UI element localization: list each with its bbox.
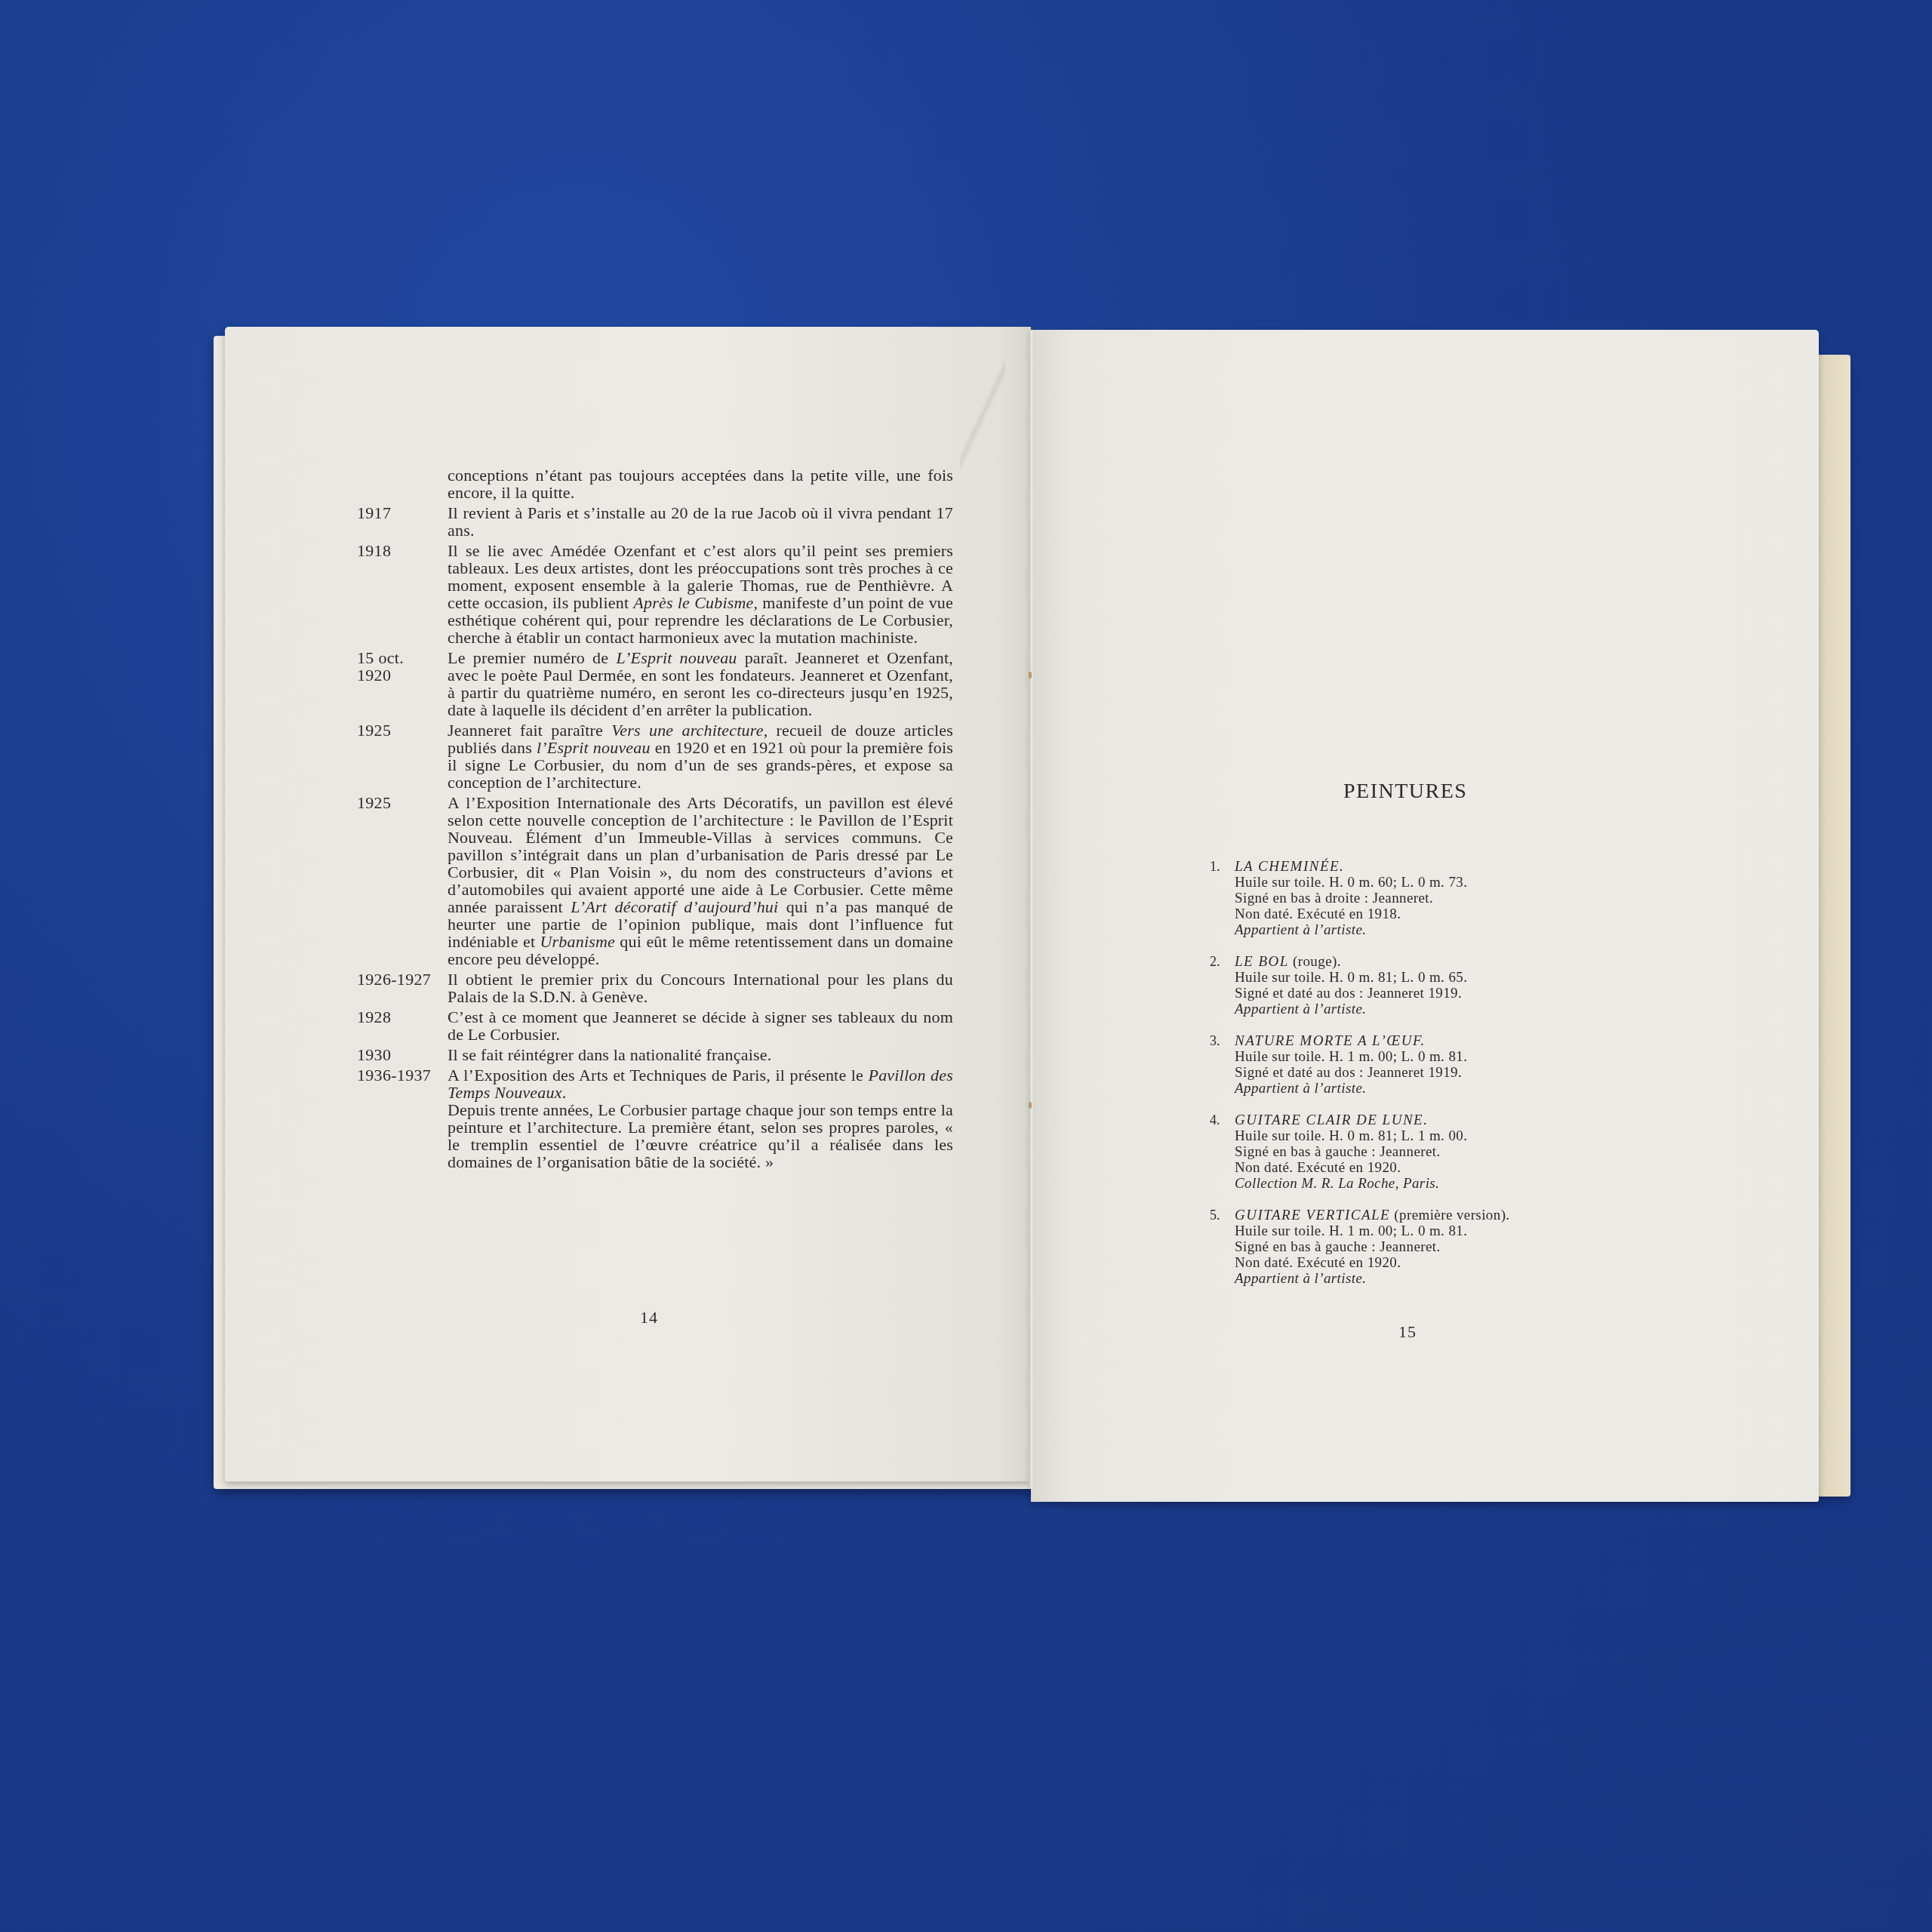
entry-date: 1925 (357, 721, 448, 791)
text-run: conceptions n’étant pas toujours accepté… (448, 466, 953, 502)
work-title-line: GUITARE CLAIR DE LUNE. (1235, 1112, 1602, 1128)
catalog-number: 3. (1210, 1033, 1235, 1097)
entry-paragraph: A l’Exposition des Arts et Techniques de… (448, 1066, 953, 1101)
work-owner: Appartient à l’artiste. (1235, 922, 1602, 938)
work-signature: Signé et daté au dos : Jeanneret 1919. (1235, 1065, 1602, 1081)
catalog-entry: 1.LA CHEMINÉE.Huile sur toile. H. 0 m. 6… (1210, 859, 1602, 938)
catalog-number: 5. (1210, 1207, 1235, 1287)
work-medium: Huile sur toile. H. 1 m. 00; L. 0 m. 81. (1235, 1223, 1602, 1239)
text-run: Il se fait réintégrer dans la nationalit… (448, 1045, 771, 1064)
book-gutter (1029, 330, 1032, 1488)
entry-date (357, 466, 448, 501)
work-title: GUITARE CLAIR DE LUNE. (1235, 1112, 1428, 1128)
work-title: LE BOL (1235, 954, 1289, 970)
work-signature: Signé en bas à droite : Jeanneret. (1235, 891, 1602, 906)
work-title-suffix: (rouge). (1289, 954, 1341, 970)
work-title-suffix: (première version). (1390, 1207, 1509, 1223)
italic-title: L’Art décoratif d’aujourd’hui (571, 897, 778, 916)
text-run: Jeanneret fait paraître (448, 721, 611, 740)
text-run: Le premier numéro de (448, 648, 616, 667)
catalog-number: 2. (1210, 954, 1235, 1017)
entry-date: 1926-1927 (357, 971, 448, 1005)
entry-date: 1925 (357, 794, 448, 968)
work-owner: Appartient à l’artiste. (1235, 1271, 1602, 1287)
page-crease (960, 355, 1005, 475)
work-signature: Signé en bas à gauche : Jeanneret. (1235, 1144, 1602, 1160)
work-date-note: Non daté. Exécuté en 1920. (1235, 1255, 1602, 1271)
chronology-entry: 1918Il se lie avec Amédée Ozenfant et c’… (357, 542, 953, 646)
entry-text: A l’Exposition des Arts et Techniques de… (448, 1066, 953, 1171)
entry-text: Le premier numéro de L’Esprit nouveau pa… (448, 649, 953, 718)
catalog-details: GUITARE CLAIR DE LUNE.Huile sur toile. H… (1235, 1112, 1602, 1192)
italic-title: Vers une architecture (611, 721, 764, 740)
text-run: A l’Exposition des Arts et Techniques de… (448, 1066, 869, 1084)
catalog-details: GUITARE VERTICALE (première version).Hui… (1235, 1207, 1602, 1287)
work-medium: Huile sur toile. H. 0 m. 81; L. 0 m. 65. (1235, 970, 1602, 986)
catalog-entry: 5.GUITARE VERTICALE (première version).H… (1210, 1207, 1602, 1287)
italic-title: l’Esprit nouveau (537, 738, 651, 757)
work-medium: Huile sur toile. H. 1 m. 00; L. 0 m. 81. (1235, 1049, 1602, 1065)
italic-title: Après le Cubisme (633, 593, 753, 612)
entry-date: 1918 (357, 542, 448, 646)
chronology: conceptions n’étant pas toujours accepté… (357, 466, 953, 1174)
entry-date: 1936-1937 (357, 1066, 448, 1171)
text-run: . (562, 1083, 567, 1102)
staple-rust-mark (1029, 1102, 1032, 1109)
entry-paragraph: conceptions n’étant pas toujours accepté… (448, 466, 953, 501)
chronology-entry: 1936-1937A l’Exposition des Arts et Tech… (357, 1066, 953, 1171)
entry-text: Il se fait réintégrer dans la nationalit… (448, 1046, 953, 1063)
entry-text: A l’Exposition Internationale des Arts D… (448, 794, 953, 968)
entry-paragraph: Le premier numéro de L’Esprit nouveau pa… (448, 649, 953, 718)
work-owner: Collection M. R. La Roche, Paris. (1235, 1176, 1602, 1192)
chronology-entry: 1925Jeanneret fait paraître Vers une arc… (357, 721, 953, 791)
work-title-line: NATURE MORTE A L’ŒUF. (1235, 1033, 1602, 1049)
entry-date: 1928 (357, 1008, 448, 1043)
catalog-entry: 2.LE BOL (rouge).Huile sur toile. H. 0 m… (1210, 954, 1602, 1017)
chronology-entry: 1925A l’Exposition Internationale des Ar… (357, 794, 953, 968)
work-medium: Huile sur toile. H. 0 m. 60; L. 0 m. 73. (1235, 875, 1602, 891)
work-signature: Signé en bas à gauche : Jeanneret. (1235, 1239, 1602, 1255)
text-run: Il revient à Paris et s’installe au 20 d… (448, 503, 953, 540)
section-title: PEINTURES (1343, 780, 1467, 804)
catalog-number: 1. (1210, 859, 1235, 938)
entry-text: Jeanneret fait paraître Vers une archite… (448, 721, 953, 791)
entry-paragraph: Depuis trente années, Le Corbusier parta… (448, 1101, 953, 1171)
catalog-details: LE BOL (rouge).Huile sur toile. H. 0 m. … (1235, 954, 1602, 1017)
work-title: LA CHEMINÉE. (1235, 859, 1344, 875)
entry-text: Il obtient le premier prix du Concours I… (448, 971, 953, 1005)
work-owner: Appartient à l’artiste. (1235, 1081, 1602, 1097)
catalog-entry: 4.GUITARE CLAIR DE LUNE.Huile sur toile.… (1210, 1112, 1602, 1192)
entry-paragraph: C’est à ce moment que Jeanneret se décid… (448, 1008, 953, 1043)
page-number-left: 14 (640, 1308, 658, 1327)
text-run: Il obtient le premier prix du Concours I… (448, 970, 953, 1006)
chronology-entry: 1928C’est à ce moment que Jeanneret se d… (357, 1008, 953, 1043)
work-signature: Signé et daté au dos : Jeanneret 1919. (1235, 986, 1602, 1001)
italic-title: L’Esprit nouveau (616, 648, 737, 667)
work-title: NATURE MORTE A L’ŒUF. (1235, 1033, 1426, 1049)
entry-text: Il se lie avec Amédée Ozenfant et c’est … (448, 542, 953, 646)
entry-paragraph: Il revient à Paris et s’installe au 20 d… (448, 504, 953, 539)
chronology-entry: 1930Il se fait réintégrer dans la nation… (357, 1046, 953, 1063)
entry-paragraph: Il se fait réintégrer dans la nationalit… (448, 1046, 953, 1063)
page-number-right: 15 (1398, 1322, 1417, 1342)
entry-paragraph: A l’Exposition Internationale des Arts D… (448, 794, 953, 968)
catalog-number: 4. (1210, 1112, 1235, 1192)
entry-paragraph: Il se lie avec Amédée Ozenfant et c’est … (448, 542, 953, 646)
work-title-line: LA CHEMINÉE. (1235, 859, 1602, 875)
entry-date: 15 oct.1920 (357, 649, 448, 718)
entry-paragraph: Jeanneret fait paraître Vers une archite… (448, 721, 953, 791)
catalog-details: LA CHEMINÉE.Huile sur toile. H. 0 m. 60;… (1235, 859, 1602, 938)
work-title: GUITARE VERTICALE (1235, 1207, 1390, 1223)
entry-paragraph: Il obtient le premier prix du Concours I… (448, 971, 953, 1005)
catalog-details: NATURE MORTE A L’ŒUF.Huile sur toile. H.… (1235, 1033, 1602, 1097)
text-run: Depuis trente années, Le Corbusier parta… (448, 1100, 953, 1171)
entry-text: conceptions n’étant pas toujours accepté… (448, 466, 953, 501)
text-run: C’est à ce moment que Jeanneret se décid… (448, 1008, 953, 1044)
catalog-entry: 3.NATURE MORTE A L’ŒUF.Huile sur toile. … (1210, 1033, 1602, 1097)
italic-title: Urbanisme (540, 932, 616, 951)
chronology-entry: 1917Il revient à Paris et s’installe au … (357, 504, 953, 539)
work-date-note: Non daté. Exécuté en 1920. (1235, 1160, 1602, 1176)
entry-text: Il revient à Paris et s’installe au 20 d… (448, 504, 953, 539)
entry-date: 1917 (357, 504, 448, 539)
entry-text: C’est à ce moment que Jeanneret se décid… (448, 1008, 953, 1043)
chronology-entry: 15 oct.1920Le premier numéro de L’Esprit… (357, 649, 953, 718)
work-owner: Appartient à l’artiste. (1235, 1001, 1602, 1017)
work-date-note: Non daté. Exécuté en 1918. (1235, 906, 1602, 922)
entry-date: 1930 (357, 1046, 448, 1063)
staple-rust-mark (1029, 672, 1032, 678)
chronology-entry: 1926-1927Il obtient le premier prix du C… (357, 971, 953, 1005)
work-title-line: LE BOL (rouge). (1235, 954, 1602, 970)
chronology-entry: conceptions n’étant pas toujours accepté… (357, 466, 953, 501)
open-booklet: conceptions n’étant pas toujours accepté… (0, 0, 1932, 1932)
work-title-line: GUITARE VERTICALE (première version). (1235, 1207, 1602, 1223)
work-medium: Huile sur toile. H. 0 m. 81; L. 1 m. 00. (1235, 1128, 1602, 1144)
works-list: 1.LA CHEMINÉE.Huile sur toile. H. 0 m. 6… (1210, 859, 1602, 1303)
